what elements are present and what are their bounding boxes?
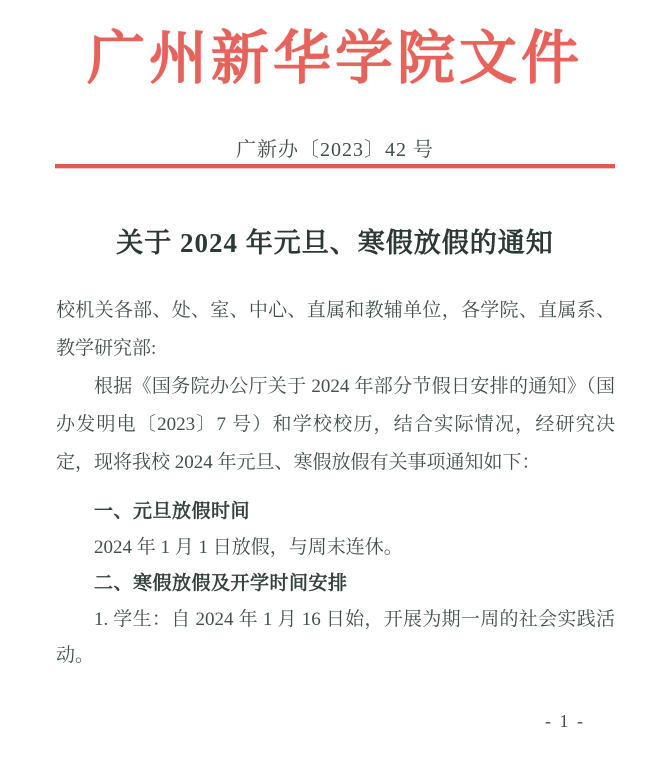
- notice-body: 校机关各部、处、室、中心、直属和教辅单位，各学院、直属系、教学研究部: 根据《国…: [0, 292, 670, 674]
- section-1-paragraph: 2024 年 1 月 1 日放假，与周末连休。: [56, 530, 615, 566]
- red-divider-line: [55, 164, 615, 168]
- document-page: 广州新华学院文件 广新办〔2023〕42 号 关于 2024 年元旦、寒假放假的…: [0, 0, 670, 776]
- intro-paragraph: 根据《国务院办公厅关于 2024 年部分节假日安排的通知》（国办发明电〔2023…: [56, 368, 615, 482]
- salutation-line: 校机关各部、处、室、中心、直属和教辅单位，各学院、直属系、教学研究部:: [56, 292, 615, 368]
- notice-title: 关于 2024 年元旦、寒假放假的通知: [0, 221, 670, 265]
- document-number: 广新办〔2023〕42 号: [0, 138, 670, 162]
- page-number: - 1 -: [545, 711, 585, 732]
- section-1-heading: 一、元旦放假时间: [56, 494, 615, 530]
- section-2-paragraph: 1. 学生：自 2024 年 1 月 16 日始，开展为期一周的社会实践活动。: [56, 602, 615, 674]
- section-2-heading: 二、寒假放假及开学时间安排: [56, 566, 615, 602]
- masthead-title: 广州新华学院文件: [0, 18, 670, 100]
